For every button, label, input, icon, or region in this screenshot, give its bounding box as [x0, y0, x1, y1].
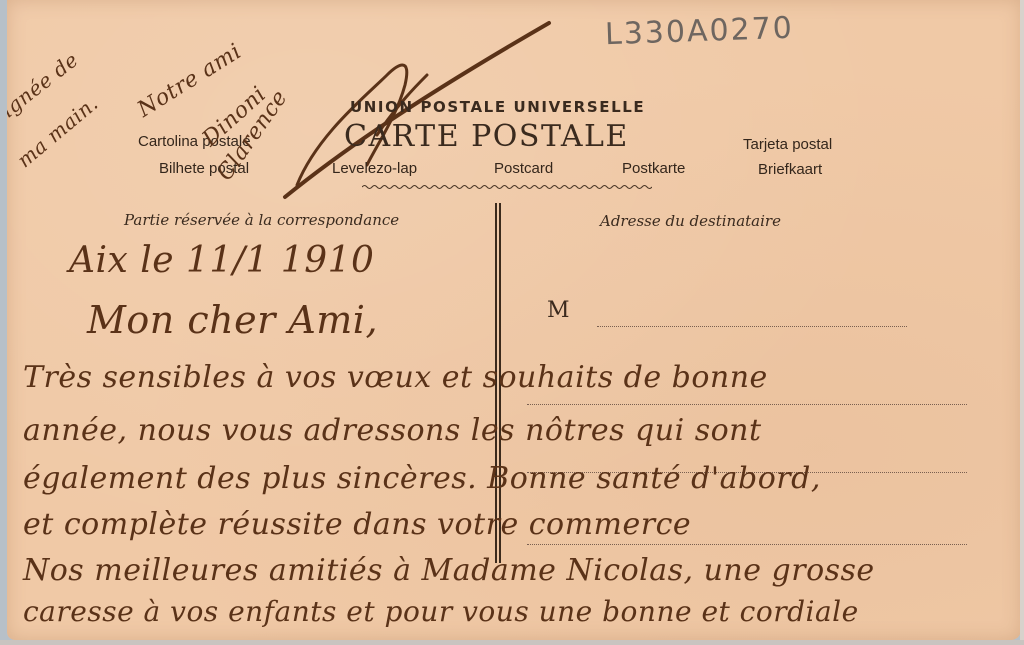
label-hungarian: Levelezo-lap [332, 160, 417, 177]
message-line: et complète réussite dans votre commerce [23, 507, 691, 542]
address-line-4 [527, 544, 967, 545]
wavy-rule-icon [362, 184, 652, 190]
correspondence-section-label: Partie réservée à la correspondance [124, 211, 399, 229]
scan-edge-bottom [0, 640, 1024, 645]
address-section-label: Adresse du destinataire [600, 212, 781, 230]
message-date: Aix le 11/1 1910 [69, 240, 374, 281]
pencil-reference-number: L330A0270 [604, 11, 794, 53]
postcard-scan: L330A0270 UNION POSTALE UNIVERSELLE CART… [0, 0, 1024, 645]
address-line-2 [527, 404, 967, 405]
message-line: année, nous vous adressons les nôtres qu… [23, 413, 762, 448]
message-salutation: Mon cher Ami, [87, 298, 378, 342]
message-line: Très sensibles à vos vœux et souhaits de… [23, 360, 768, 395]
union-postale-heading: UNION POSTALE UNIVERSELLE [350, 98, 645, 116]
carte-postale-title: CARTE POSTALE [344, 119, 629, 154]
scan-edge-right [1020, 0, 1024, 645]
address-line-1 [597, 326, 907, 327]
postcard-back: L330A0270 UNION POSTALE UNIVERSELLE CART… [7, 0, 1021, 640]
address-prefix: M [547, 298, 570, 323]
label-german: Postkarte [622, 160, 685, 177]
message-line: Nos meilleures amitiés à Madame Nicolas,… [23, 553, 875, 588]
label-english: Postcard [494, 160, 553, 177]
message-line: également des plus sincères. Bonne santé… [23, 461, 821, 496]
label-spanish: Tarjeta postal [743, 136, 832, 153]
message-line: caresse à vos enfants et pour vous une b… [23, 595, 859, 628]
label-dutch: Briefkaart [758, 161, 822, 178]
